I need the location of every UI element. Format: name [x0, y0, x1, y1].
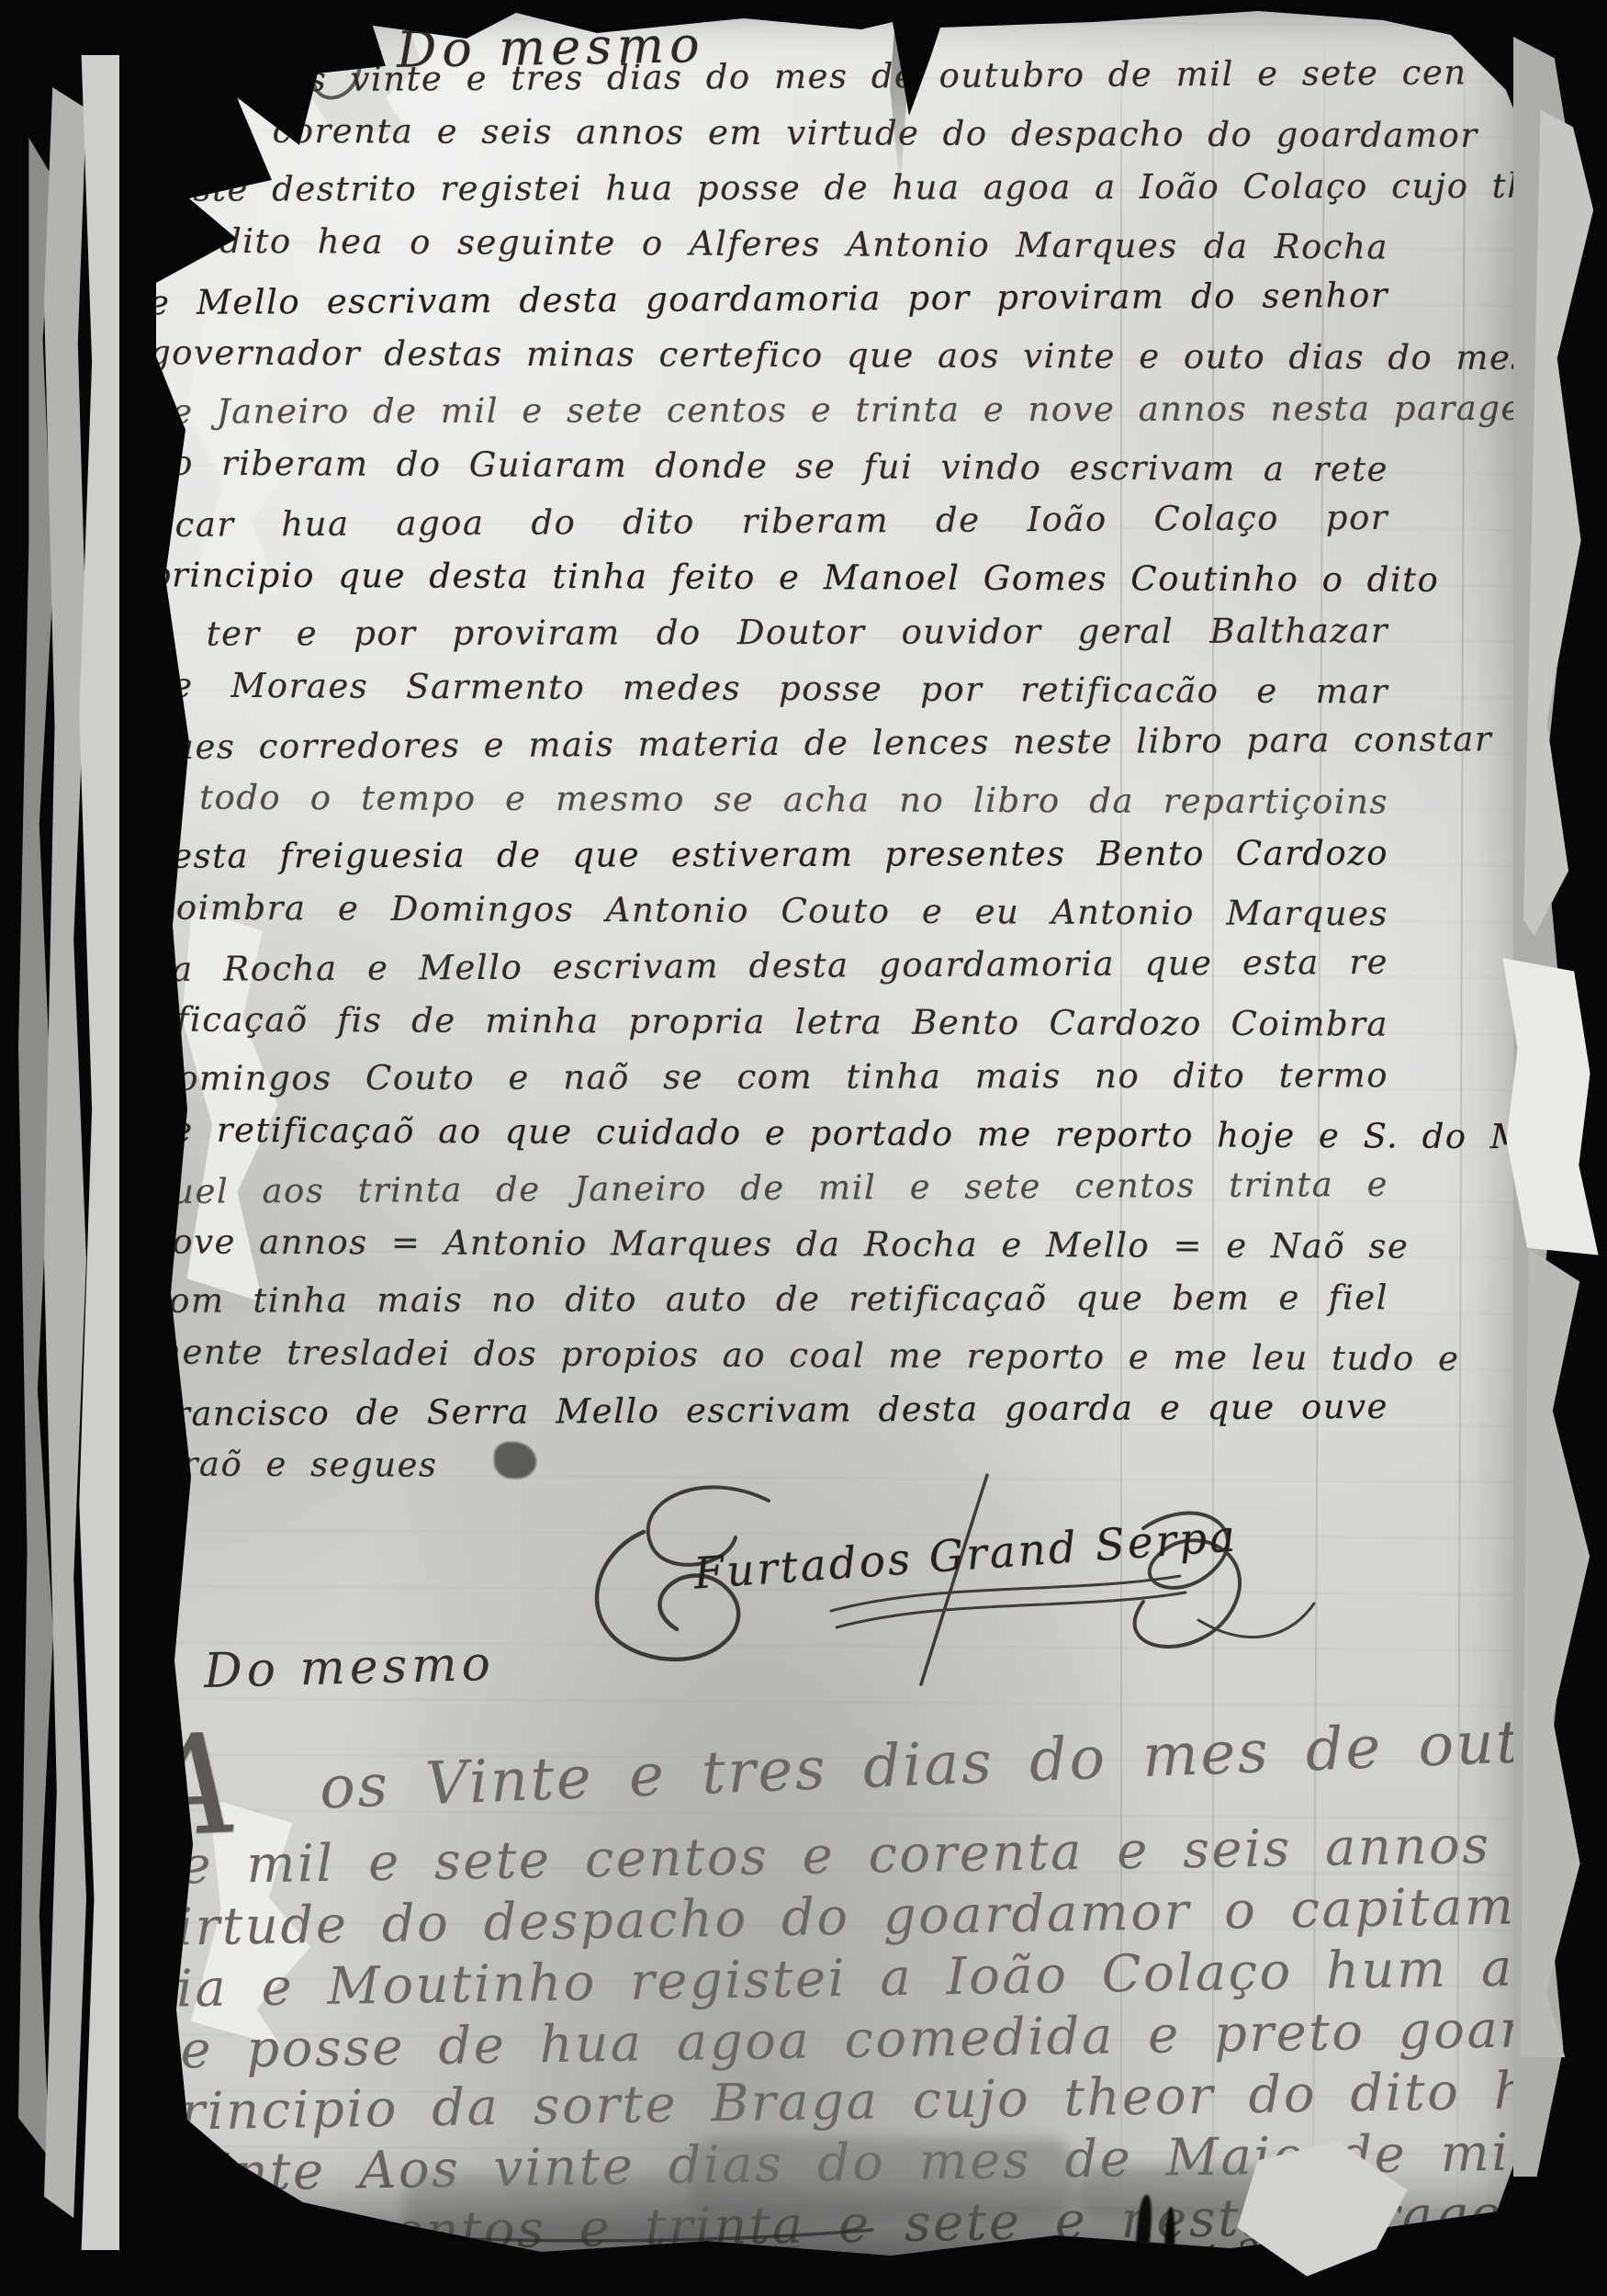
flourish-line-icon: [156, 2210, 909, 2265]
manuscript-line: A os vinte e tres dias do mes de outubro…: [149, 46, 1388, 109]
manuscript-line: ficar hua agoa do dito riberam de Ioão C…: [149, 490, 1388, 554]
manuscript-line: a ter e por proviram do Doutor ouvidor g…: [149, 603, 1388, 662]
manuscript-line: da Rocha e Mello escrivam desta goardamo…: [149, 935, 1388, 998]
manuscript-line: deste destrito registei hua posse de hua…: [149, 159, 1388, 218]
manuscript-line: de Janeiro de mil e sete centos e trinta…: [149, 381, 1388, 440]
signature-rubric-icon: [556, 1473, 1327, 1694]
illuminated-initial: A: [138, 1729, 243, 1843]
entry2-heading: Do mesmo: [203, 1637, 495, 1699]
manuscript-line: de retificaçaõ ao que cuidado e portado …: [149, 1102, 1388, 1165]
margin-rule-line: [141, 35, 143, 2223]
manuscript-line: do riberam do Guiaram donde se fui vindo…: [149, 435, 1388, 498]
manuscript-line: de Moraes Sarmento medes posse por retif…: [149, 658, 1388, 720]
manuscript-line: desta freiguesia de que estiveram presen…: [149, 826, 1388, 884]
ink-blot: [494, 1442, 536, 1479]
manuscript-line: ques corredores e mais materia de lences…: [149, 713, 1388, 776]
entry1-text-block: A os vinte e tres dias do mes de outubro…: [149, 50, 1388, 1494]
scanned-manuscript: Do mesmo A os vinte e tres dias do mes d…: [0, 0, 1607, 2296]
signature-block: Furtados Grand Serpa: [556, 1473, 1327, 1694]
stain: [689, 2138, 1074, 2221]
manuscript-line: tificaçaõ fis de minha propria letra Ben…: [149, 992, 1388, 1052]
manuscript-line: com tinha mais no dito auto de retificaç…: [149, 1270, 1388, 1329]
manuscript-line: a todo o tempo e mesmo se acha no libro …: [149, 770, 1388, 830]
manuscript-page: Do mesmo A os vinte e tres dias do mes d…: [101, 7, 1552, 2259]
manuscript-line: principio que desta tinha feito e Manoel…: [149, 547, 1388, 608]
manuscript-line: mente tresladei dos propios ao coal me r…: [149, 1324, 1388, 1387]
torn-edge-fragment: [1520, 1249, 1592, 2058]
manuscript-line: nove annos = Antonio Marques da Rocha e …: [149, 1214, 1388, 1275]
manuscript-line-text: os Vinte e tres dias do mes de outubro: [318, 1698, 1432, 1836]
manuscript-line: e Mello escrivam desta goardamoria por p…: [149, 268, 1388, 332]
manuscript-line: do dito hea o seguinte o Alferes Antonio…: [149, 213, 1388, 276]
manuscript-line: Francisco de Serra Mello escrivam desta …: [149, 1379, 1388, 1443]
manuscript-line: Coimbra e Domingos Antonio Couto e eu An…: [149, 880, 1388, 942]
manuscript-line-text: os vinte e tres dias do mes de outubro d…: [287, 46, 1388, 108]
manuscript-line: guel aos trinta de Janeiro de mil e sete…: [149, 1157, 1388, 1221]
manuscript-line: Domingos Couto e naõ se com tinha mais n…: [149, 1048, 1388, 1107]
illuminated-initial: A: [143, 33, 215, 116]
manuscript-line: governador destas minas certefico que ao…: [149, 325, 1388, 386]
manuscript-line: tos e corenta e seis annos em virtude do…: [149, 103, 1388, 163]
underlying-page-edge: [44, 87, 86, 2218]
